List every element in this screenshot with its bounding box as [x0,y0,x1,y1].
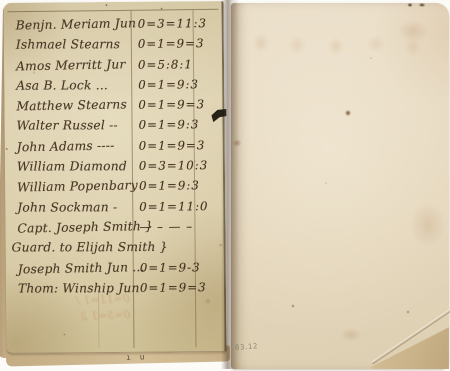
ghost-impression [239,19,434,63]
ledger-row: Capt. Joseph Smith } — – — – [11,216,219,238]
ledger-row: Joseph Smith Jun ... 0=1=9-3 [12,257,220,279]
bottom-edge-mark: ı u [126,352,147,361]
ledger-row: Benjn. Meriam Jun 0=3=11:3 [10,13,218,35]
ledger-row: Walter Russel -- 0=1=9:3 [10,115,218,137]
entry-name: Asa B. Lock ... [16,75,108,96]
dog-ear-corner [367,314,449,369]
entry-name: William Popenbary [17,176,138,199]
entry-name: Matthew Stearns [16,95,127,117]
right-page-blank: 83.12 [231,3,449,369]
ink-bleedthrough: 0=11=1 / 0=5=1 2 [17,291,130,332]
ledger-row: John Sockman - 0=1=11:0 [11,196,219,218]
ledger-row: William Diamond 0=3=10:3 [11,155,219,177]
entry-amount: 0=1=9:3 [139,176,213,197]
entry-amount: 0=1=9=3 [139,135,213,156]
entry-name: Guard. to Elijah Smith } [12,237,168,258]
entry-name: Capt. Joseph Smith } [17,216,153,239]
ledger-row: Guard. to Elijah Smith } [12,236,220,258]
entry-amount: 0=1=9=3 [138,94,212,115]
entry-amount: 0=5:8:1 [138,54,212,75]
left-page: Benjn. Meriam Jun 0=3=11:3 Ishmael Stear… [3,1,226,354]
entry-amount: 0=1=11:0 [139,196,213,217]
entry-amount: 0=1=9=3 [138,33,212,54]
entry-amount: 0=3=10:3 [139,155,213,176]
ledger-row: William Popenbary 0=1=9:3 [11,175,219,197]
entry-amount: 0=3=11:3 [138,13,212,34]
ledger-book-scan: ı u Benjn. Meriam Jun 0=3=11:3 Ishmael S… [0,0,450,371]
entry-amount: — – — – [139,216,213,237]
ledger-row: Amos Merritt Jur 0=5:8:1 [10,54,218,76]
entry-name: Walter Russel -- [17,116,118,137]
entry-name: Benjn. Meriam Jun [15,13,136,36]
entry-name: Amos Merritt Jur [16,54,126,76]
entry-name: Joseph Smith Jun ... [18,257,145,280]
entry-amount: 0=1=9-3 [140,257,214,278]
entry-name: Ishmael Stearns [16,35,120,56]
ledger-row: Asa B. Lock ... 0=1=9:3 [10,74,218,96]
ledger-entries: Benjn. Meriam Jun 0=3=11:3 Ishmael Stear… [10,13,220,299]
entry-name: William Diamond [17,156,127,177]
page-gutter-shadow [221,0,239,369]
entry-amount: 0=1=9:3 [138,74,212,95]
entry-amount: 0=1=9=3 [140,277,214,298]
entry-amount: 0=1=9:3 [138,115,212,136]
entry-name: John Sockman - [17,197,117,218]
ledger-row: Matthew Stearns 0=1=9=3 [10,94,218,116]
top-rule-line [8,9,219,13]
ledger-row: Ishmael Stearns 0=1=9=3 [10,33,218,55]
bleedthrough-line: 0=5=1 2 [18,307,131,328]
entry-name: John Adams ---- [17,135,115,157]
top-edge-marks [405,3,431,8]
ledger-row: John Adams ---- 0=1=9=3 [11,135,219,157]
